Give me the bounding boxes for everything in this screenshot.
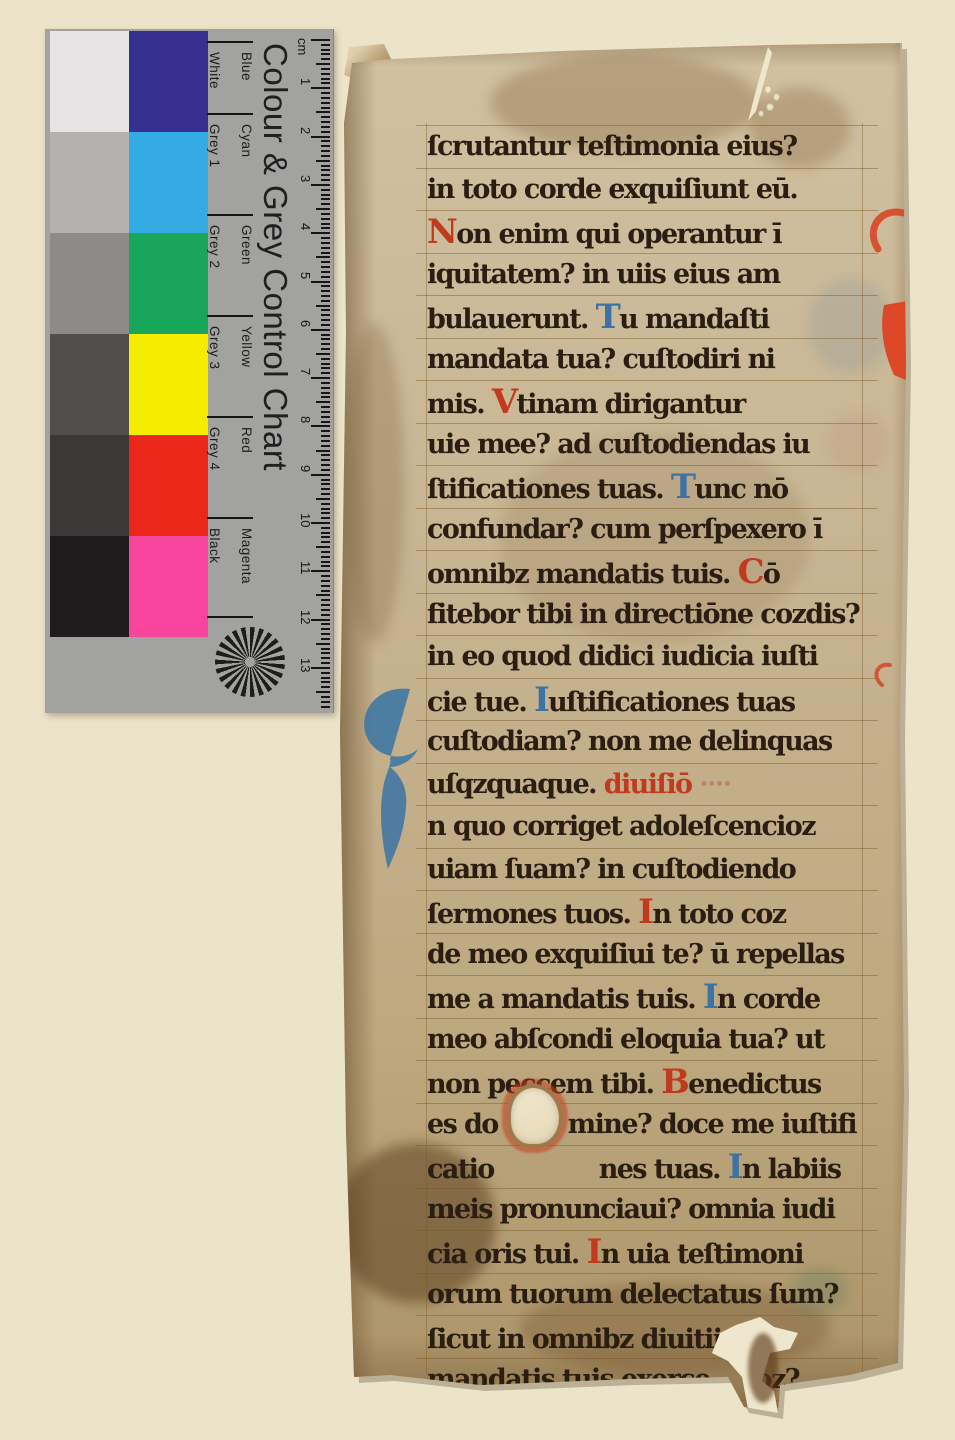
ruler-tick [321, 652, 330, 654]
ruler-tick [321, 604, 330, 606]
ruler-tick [321, 271, 330, 273]
ruler-tick [321, 662, 330, 664]
ruler-tick [311, 377, 330, 379]
ruler-tick [321, 551, 330, 553]
manuscript-line: fitebor tibi in directiōne cozdis? [416, 594, 878, 637]
ruler-tick [321, 334, 330, 336]
worm-hole [758, 110, 764, 117]
label-cell: BlackMagenta [207, 517, 253, 618]
manuscript-line: cie tue. Iuſtificationes tuas [416, 679, 878, 722]
ruler-tick [321, 648, 330, 650]
ruler-tick [316, 111, 330, 113]
ruler-tick [321, 218, 330, 220]
grey-patch-grey-4 [50, 435, 129, 536]
grey-label: White [207, 52, 221, 113]
ruler-tick [321, 82, 330, 84]
illuminated-initial: I [728, 1146, 742, 1186]
text-segment: orum tuorum delectatus ſum? [427, 1279, 838, 1310]
ruler-tick [321, 580, 330, 582]
text-segment: mis. [427, 389, 492, 420]
illuminated-initial: I [586, 1231, 600, 1271]
ruler-tick [321, 227, 330, 229]
patch-row [50, 435, 208, 536]
text-segment: in eo quod didici iudicia iuſti [427, 641, 817, 672]
ruler-tick [321, 44, 330, 46]
ruler-tick [321, 696, 330, 698]
ruler-number: 10 [298, 513, 313, 527]
ruler-tick [321, 575, 330, 577]
illuminated-initial: I [534, 679, 548, 719]
ruler-tick [321, 657, 330, 659]
grey-patch-grey-3 [50, 334, 129, 435]
ruler-tick [321, 348, 330, 350]
illuminated-initial: I [638, 891, 652, 931]
color-control-chart: WhiteBlueGrey 1CyanGrey 2GreenGrey 3Yell… [45, 29, 334, 713]
manuscript-line: in toto corde exquiſiunt eū. [416, 169, 878, 212]
ruler-tick [321, 73, 330, 75]
text-segment: ſicut in omnibz diuitiis. [427, 1324, 751, 1355]
ruler-tick [321, 411, 330, 413]
text-segment: meis pronunciaui? omnia iudi [427, 1194, 835, 1225]
grey-label: Grey 4 [207, 427, 221, 517]
ruler-tick [321, 508, 330, 510]
ruler-tick [321, 406, 330, 408]
ruler-number: 3 [298, 175, 313, 182]
ruler-tick [321, 131, 330, 133]
ruler-tick [321, 285, 330, 287]
manuscript-line: uie mee? ad cuſtodiendas iu [416, 424, 878, 467]
ruler-tick [311, 184, 330, 186]
ruler-tick [311, 136, 330, 138]
illuminated-initial: B [661, 1061, 688, 1101]
grey-label: Grey 2 [207, 225, 221, 315]
ruler-tick [321, 686, 330, 688]
ruler-tick [321, 276, 330, 278]
ruler-tick [311, 329, 330, 331]
ruler-tick [316, 594, 330, 596]
text-segment: me a mandatis tuis. [427, 984, 703, 1015]
ruler-tick [321, 198, 330, 200]
text-segment: ſermones tuos. [427, 899, 638, 930]
color-label: Blue [239, 52, 253, 113]
ruler-number: 2 [298, 127, 313, 134]
text-segment: uſqzquaque. [427, 769, 604, 800]
ruler-tick [316, 691, 330, 693]
ruler-tick [321, 469, 330, 471]
red-marginal-arc [864, 205, 908, 265]
text-segment: mine? doce me iuſtifi [568, 1109, 856, 1140]
ruler-tick [321, 599, 330, 601]
ruler-tick [321, 493, 330, 495]
manuscript-line: cationes tuas. In labiis [416, 1146, 878, 1189]
blue-initial-flourish [354, 683, 438, 883]
ruler-tick [321, 454, 330, 456]
ruler-tick [321, 194, 330, 196]
text-segment: diuiſiō [604, 769, 692, 800]
ruler-number: 9 [298, 465, 313, 472]
illuminated-initial: N [427, 211, 456, 251]
ruler-tick [321, 430, 330, 432]
manuscript-line: cuſtodiam? non me delinquas [416, 721, 878, 764]
ruler-tick [321, 623, 330, 625]
illuminated-initial: V [492, 381, 517, 421]
ruler-tick [321, 300, 330, 302]
ruler-tick [321, 382, 330, 384]
ruler-tick [316, 63, 330, 65]
ruler-tick [316, 643, 330, 645]
ruler-tick [321, 49, 330, 51]
ruler-number: 12 [298, 610, 313, 624]
text-segment: u mandaſti [619, 304, 768, 335]
text-segment: uiam ſuam? in cuſtodiendo [427, 854, 795, 885]
ruler-tick [321, 203, 330, 205]
ruler-tick [316, 305, 330, 307]
ruler-tick [321, 488, 330, 490]
text-segment: ō [763, 559, 779, 590]
manuscript-line: mandata tua? cuſtodiri ni [416, 339, 878, 382]
ruler-tick [321, 396, 330, 398]
text-segment: cia oris tui. [427, 1239, 586, 1270]
text-segment: ſtificationes tuas. [427, 474, 671, 505]
text-segment: n labiis [742, 1154, 841, 1185]
text-segment: omnibz mandatis tuis. [427, 559, 738, 590]
ruler-tick [311, 619, 330, 621]
red-marginal-fragment [878, 301, 908, 381]
ruler-tick [321, 512, 330, 514]
text-segment: cie tue. [427, 687, 534, 718]
ruler-tick [321, 609, 330, 611]
label-cell: WhiteBlue [207, 41, 253, 113]
ruler-number: 4 [298, 223, 313, 230]
ruler-tick [321, 421, 330, 423]
ruler-tick [321, 97, 330, 99]
ruler-tick [316, 401, 330, 403]
parchment-hole [507, 1084, 563, 1148]
ruler-tick [321, 295, 330, 297]
text-segment: es do [427, 1109, 498, 1140]
ruler-tick [321, 213, 330, 215]
ruler-tick [321, 363, 330, 365]
ruler-tick [321, 150, 330, 152]
ruler-tick [321, 565, 330, 567]
ruler-tick [321, 116, 330, 118]
ruler-tick [321, 78, 330, 80]
ruler-tick [321, 677, 330, 679]
ruler-tick [311, 281, 330, 283]
ruler-tick [321, 585, 330, 587]
color-label: Red [239, 427, 253, 517]
text-segment: uſtificationes tuas [548, 687, 794, 718]
color-patch-green [129, 233, 208, 334]
ruler-number: 1 [298, 78, 313, 85]
color-label: Yellow [239, 326, 253, 416]
grey-label: Black [207, 528, 221, 616]
ruler-tick [316, 208, 330, 210]
ruler-tick [321, 169, 330, 171]
text-lines: ſcrutantur teſtimonia eius?in toto corde… [416, 125, 878, 1401]
text-segment: bulauerunt. [427, 304, 596, 335]
ruler-tick [321, 102, 330, 104]
text-segment: cuſtodiam? non me delinquas [427, 726, 832, 757]
text-segment: in toto corde exquiſiunt eū. [427, 174, 797, 205]
ruler-tick [321, 324, 330, 326]
ruler-tick [316, 546, 330, 548]
text-segment: n corde [717, 984, 820, 1015]
color-label: Green [239, 225, 253, 315]
ruler-tick [316, 450, 330, 452]
text-segment: de meo exquiſiui te? ū repellas [427, 939, 844, 970]
ruler-tick [316, 353, 330, 355]
manuscript-line: orum tuorum delectatus ſum? [416, 1274, 878, 1317]
ruler-tick [321, 416, 330, 418]
ruler-tick [321, 174, 330, 176]
color-patch-cyan [129, 132, 208, 233]
manuscript-line: in eo quod didici iudicia iuſti [416, 636, 878, 679]
ruler-tick [316, 160, 330, 162]
ruler-tick [311, 667, 330, 669]
color-patch-blue [129, 31, 208, 132]
text-segment: unc nō [694, 474, 787, 505]
ruler-tick [321, 517, 330, 519]
patch-row [50, 536, 208, 637]
manuscript-line: omnibz mandatis tuis. Cō [416, 551, 878, 594]
text-segment: confundar? cum perſpexero ī [427, 514, 822, 545]
grey-patch-white [50, 31, 129, 132]
ruler-tick [321, 706, 330, 708]
ruler-tick [321, 145, 330, 147]
ruler-tick [321, 614, 330, 616]
ruler-tick [321, 479, 330, 481]
ruler-tick [321, 532, 330, 534]
ruler-tick [311, 87, 330, 89]
ruler-tick [321, 503, 330, 505]
ruler-tick [321, 189, 330, 191]
tear-debris [748, 1333, 778, 1403]
color-patch-red [129, 435, 208, 536]
chart-ruler: cm 12345678910111213 [280, 29, 333, 713]
ruler-tick [321, 155, 330, 157]
manuscript-line: bulauerunt. Tu mandaſti [416, 296, 878, 339]
manuscript-line: cia oris tui. In uia teſtimoni [416, 1231, 878, 1274]
ruler-tick [321, 681, 330, 683]
text-segment: nes tuas. [599, 1154, 728, 1185]
manuscript-line: iquitatem? in uiis eius am [416, 254, 878, 297]
grey-patch-grey-2 [50, 233, 129, 334]
ruler-tick [321, 392, 330, 394]
patch-row [50, 132, 208, 233]
ruler-tick [321, 483, 330, 485]
ruler-tick [321, 319, 330, 321]
text-segment: n quo corriget adoleſcencioz [427, 811, 815, 842]
ruler-tick [321, 314, 330, 316]
ruler-tick [321, 628, 330, 630]
ruler-tick [321, 367, 330, 369]
text-segment: n toto coz [652, 899, 785, 930]
label-cell: Grey 4Red [207, 416, 253, 517]
manuscript-line: confundar? cum perſpexero ī [416, 509, 878, 552]
text-segment: catio [427, 1154, 494, 1185]
text-segment: mandata tua? cuſtodiri ni [427, 344, 774, 375]
ruler-tick [321, 435, 330, 437]
ruler-tick [321, 387, 330, 389]
ruler-tick [321, 701, 330, 703]
color-label: Magenta [239, 528, 253, 616]
ruler-tick [316, 498, 330, 500]
ruler-tick [321, 242, 330, 244]
ruler-number: 11 [298, 561, 313, 575]
text-segment: on enim qui operantur ī [456, 219, 781, 250]
patch-row [50, 31, 208, 132]
ruler-tick [321, 223, 330, 225]
red-marginal-curl [870, 661, 896, 689]
text-segment: meo abſcondi eloquia tua? ut [427, 1024, 824, 1055]
manuscript-line: uiam ſuam? in cuſtodiendo [416, 849, 878, 892]
manuscript-line: de meo exquiſiui te? ū repellas [416, 934, 878, 977]
ruler-tick [321, 121, 330, 123]
ruler-unit-label: cm [295, 38, 310, 55]
ruler-number: 8 [298, 416, 313, 423]
text-segment: uie mee? ad cuſtodiendas iu [427, 429, 809, 460]
ruler-tick [321, 638, 330, 640]
ruler-tick [321, 372, 330, 374]
ruler-tick [311, 570, 330, 572]
ruler-tick [321, 68, 330, 70]
label-cell: Grey 2Green [207, 214, 253, 315]
grey-patch-grey-1 [50, 132, 129, 233]
ruler-number: 5 [298, 272, 313, 279]
ruler-tick [321, 527, 330, 529]
ruler-tick [321, 590, 330, 592]
label-cell: Grey 3Yellow [207, 315, 253, 416]
ruler-tick [311, 232, 330, 234]
color-patch-yellow [129, 334, 208, 435]
illuminated-initial: C [738, 551, 763, 591]
text-segment: tinam dirigantur [516, 389, 744, 420]
text-segment: fitebor tibi in directiōne cozdis? [427, 599, 859, 630]
ruler-tick [321, 464, 330, 466]
manuscript-line: non peccem tibi. Benedictus [416, 1061, 878, 1104]
grey-label: Grey 1 [207, 124, 221, 214]
text-segment: n uia teſtimoni [601, 1239, 803, 1270]
ruler-tick [316, 256, 330, 258]
illuminated-initial: T [596, 296, 620, 336]
stain [344, 323, 404, 643]
illuminated-initial: T [671, 466, 695, 506]
ruler-tick [311, 39, 330, 41]
patch-row [50, 233, 208, 334]
ruler-tick [321, 309, 330, 311]
ruler-tick [321, 561, 330, 563]
ruler-tick [321, 53, 330, 55]
worm-hole [764, 85, 772, 94]
ruler-tick [321, 536, 330, 538]
ruler-tick [321, 343, 330, 345]
color-label: Cyan [239, 124, 253, 214]
manuscript-fragment: ſcrutantur teſtimonia eius?in toto corde… [330, 33, 930, 1433]
manuscript-line: es domine? doce me iuſtifi [416, 1104, 878, 1147]
manuscript-line: me a mandatis tuis. In corde [416, 976, 878, 1019]
ruler-tick [321, 92, 330, 94]
manuscript-line: n quo corriget adoleſcencioz [416, 806, 878, 849]
resolution-star-icon [215, 627, 285, 697]
ruler-tick [321, 237, 330, 239]
manuscript-line: ſcrutantur teſtimonia eius? [416, 126, 878, 169]
ruler-tick [321, 556, 330, 558]
ruler-tick [321, 440, 330, 442]
ruler-tick [321, 338, 330, 340]
manuscript-line: ſicut in omnibz diuitiis. In [416, 1316, 878, 1359]
ruler-tick [321, 633, 330, 635]
ruler-tick [321, 290, 330, 292]
ruler-number: 7 [298, 368, 313, 375]
ruler-tick [321, 459, 330, 461]
ruler-tick [311, 474, 330, 476]
ruler-number: 13 [298, 658, 313, 672]
worm-hole [773, 93, 780, 101]
manuscript-line: ſermones tuos. In toto coz [416, 891, 878, 934]
ruler-tick [321, 541, 330, 543]
patch-row [50, 334, 208, 435]
text-segment: ···· [691, 769, 730, 800]
ruler-tick [321, 252, 330, 254]
chart-patch-rows [50, 31, 208, 637]
text-segment: ſcrutantur teſtimonia eius? [427, 131, 796, 162]
ruler-tick [321, 266, 330, 268]
color-patch-magenta [129, 536, 208, 637]
ruler-tick [321, 445, 330, 447]
manuscript-line: ſtificationes tuas. Tunc nō [416, 466, 878, 509]
manuscript-line: meis pronunciaui? omnia iudi [416, 1189, 878, 1232]
parchment-leaf: ſcrutantur teſtimonia eius?in toto corde… [330, 33, 930, 1433]
ruler-tick [311, 425, 330, 427]
worm-hole [766, 103, 774, 111]
ruler-tick [311, 522, 330, 524]
text-segment: iquitatem? in uiis eius am [427, 259, 780, 290]
label-cell: Grey 1Cyan [207, 113, 253, 214]
ruler-number: 6 [298, 320, 313, 327]
grey-label: Grey 3 [207, 326, 221, 416]
manuscript-line: mis. Vtinam dirigantur [416, 381, 878, 424]
ruler-tick [321, 140, 330, 142]
ruler-tick [321, 358, 330, 360]
manuscript-line: Non enim qui operantur ī [416, 211, 878, 254]
text-segment: enedictus [688, 1069, 820, 1100]
manuscript-line: uſqzquaque. diuiſiō ···· [416, 764, 878, 807]
ruler-tick [321, 179, 330, 181]
ruler-tick [321, 261, 330, 263]
ruler-tick [321, 672, 330, 674]
ruler-tick [321, 58, 330, 60]
ruler-tick [321, 126, 330, 128]
grey-patch-black [50, 536, 129, 637]
ruler-tick [321, 107, 330, 109]
illuminated-initial: I [703, 976, 717, 1016]
ruler-tick [321, 165, 330, 167]
ruler-tick [321, 247, 330, 249]
manuscript-line: meo abſcondi eloquia tua? ut [416, 1019, 878, 1062]
